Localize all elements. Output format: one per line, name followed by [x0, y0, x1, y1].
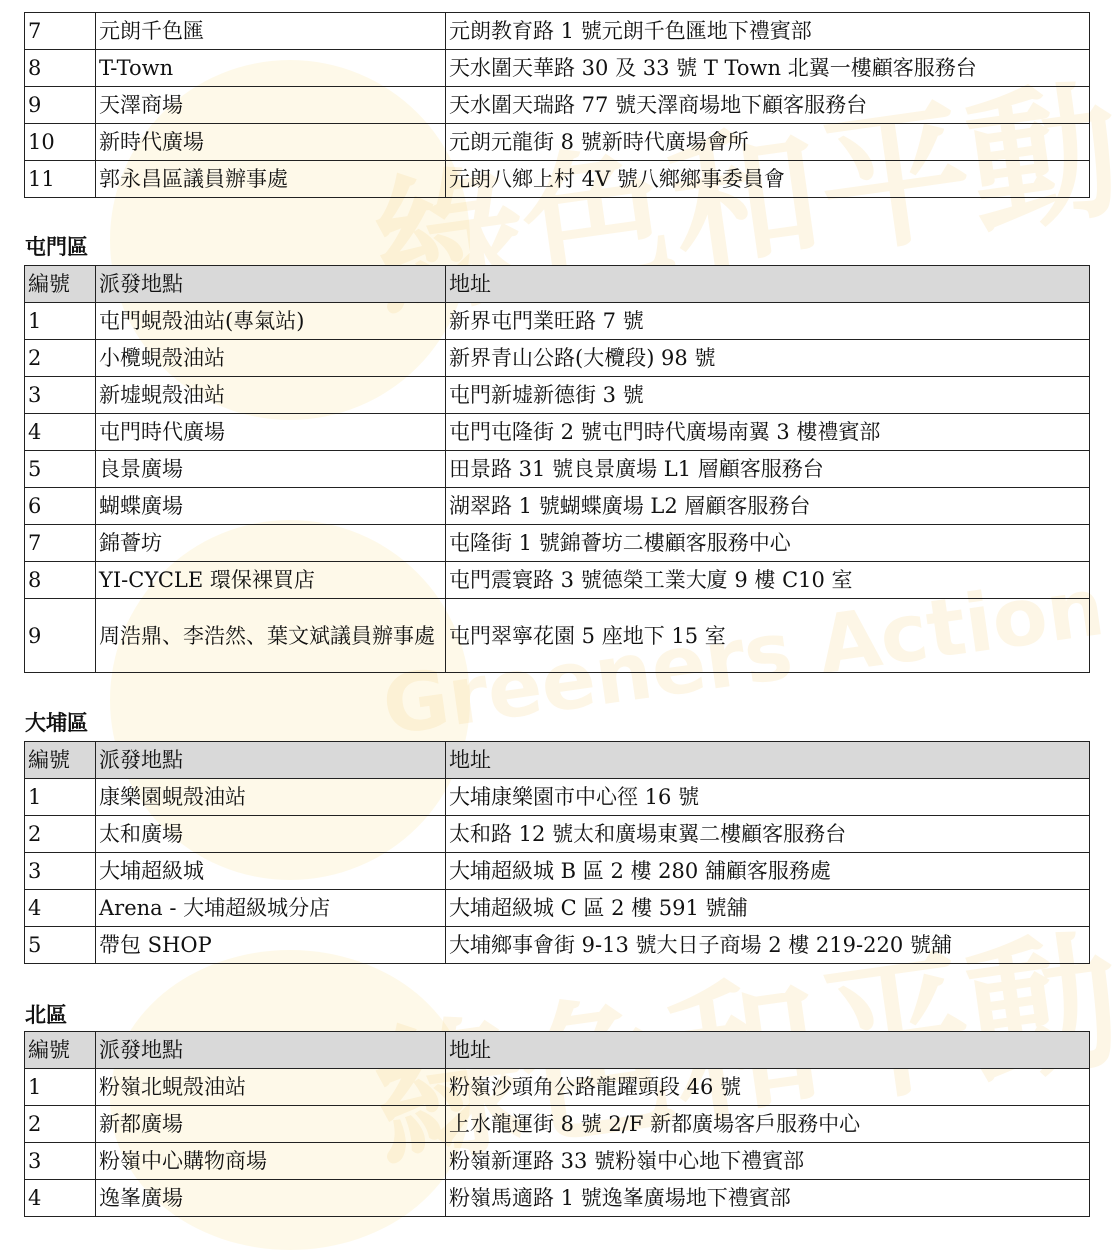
cell-address: 粉嶺沙頭角公路龍躍頭段 46 號: [446, 1069, 1090, 1106]
table-row: 2 小欖蜆殼油站 新界青山公路(大欖段) 98 號: [25, 340, 1090, 377]
header-address: 地址: [446, 266, 1090, 303]
cell-no: 8: [25, 50, 96, 87]
cell-location: 屯門時代廣場: [96, 414, 446, 451]
cell-address: 屯門屯隆街 2 號屯門時代廣場南翼 3 樓禮賓部: [446, 414, 1090, 451]
cell-no: 7: [25, 13, 96, 50]
tai-po-table: 編號 派發地點 地址 1 康樂園蜆殼油站 大埔康樂園市中心徑 16 號 2 太和…: [24, 741, 1090, 964]
cell-no: 4: [25, 414, 96, 451]
cell-no: 1: [25, 779, 96, 816]
cell-address: 元朗元龍街 8 號新時代廣場會所: [446, 124, 1090, 161]
table-row: 5 帶包 SHOP 大埔鄉事會街 9-13 號大日子商場 2 樓 219-220…: [25, 927, 1090, 964]
cell-address: 大埔超級城 B 區 2 樓 280 舖顧客服務處: [446, 853, 1090, 890]
cell-address: 屯隆街 1 號錦薈坊二樓顧客服務中心: [446, 525, 1090, 562]
table-row: 9 天澤商場 天水圍天瑞路 77 號天澤商場地下顧客服務台: [25, 87, 1090, 124]
cell-location: 大埔超級城: [96, 853, 446, 890]
header-no: 編號: [25, 1032, 96, 1069]
cell-location: T-Town: [96, 50, 446, 87]
table-row: 7 元朗千色匯 元朗教育路 1 號元朗千色匯地下禮賓部: [25, 13, 1090, 50]
cell-no: 4: [25, 1180, 96, 1217]
cell-address: 大埔鄉事會街 9-13 號大日子商場 2 樓 219-220 號舖: [446, 927, 1090, 964]
table-row: 3 新墟蜆殼油站 屯門新墟新德街 3 號: [25, 377, 1090, 414]
cell-no: 4: [25, 890, 96, 927]
cell-no: 2: [25, 340, 96, 377]
cell-no: 3: [25, 853, 96, 890]
cell-location: 新時代廣場: [96, 124, 446, 161]
cell-location: Arena - 大埔超級城分店: [96, 890, 446, 927]
cell-location: 錦薈坊: [96, 525, 446, 562]
table-row: 2 太和廣場 太和路 12 號太和廣場東翼二樓顧客服務台: [25, 816, 1090, 853]
cell-address: 元朗教育路 1 號元朗千色匯地下禮賓部: [446, 13, 1090, 50]
cell-location: 小欖蜆殼油站: [96, 340, 446, 377]
cell-location: 粉嶺北蜆殼油站: [96, 1069, 446, 1106]
cell-location: 逸峯廣場: [96, 1180, 446, 1217]
header-location: 派發地點: [96, 266, 446, 303]
cell-no: 6: [25, 488, 96, 525]
header-address: 地址: [446, 1032, 1090, 1069]
table-row: 8 T-Town 天水圍天華路 30 及 33 號 T Town 北翼一樓顧客服…: [25, 50, 1090, 87]
cell-no: 2: [25, 1106, 96, 1143]
cell-no: 5: [25, 927, 96, 964]
header-no: 編號: [25, 742, 96, 779]
cell-location: 新墟蜆殼油站: [96, 377, 446, 414]
cell-address: 屯門震寰路 3 號德榮工業大廈 9 樓 C10 室: [446, 562, 1090, 599]
cell-no: 3: [25, 377, 96, 414]
cell-address: 天水圍天華路 30 及 33 號 T Town 北翼一樓顧客服務台: [446, 50, 1090, 87]
cell-location: YI-CYCLE 環保裸買店: [96, 562, 446, 599]
cell-address: 天水圍天瑞路 77 號天澤商場地下顧客服務台: [446, 87, 1090, 124]
table-row: 4 Arena - 大埔超級城分店 大埔超級城 C 區 2 樓 591 號舖: [25, 890, 1090, 927]
cell-address: 田景路 31 號良景廣場 L1 層顧客服務台: [446, 451, 1090, 488]
cell-address: 新界屯門業旺路 7 號: [446, 303, 1090, 340]
table-header-row: 編號 派發地點 地址: [25, 1032, 1090, 1069]
cell-no: 9: [25, 87, 96, 124]
cell-no: 3: [25, 1143, 96, 1180]
table-row: 2 新都廣場 上水龍運街 8 號 2/F 新都廣場客戶服務中心: [25, 1106, 1090, 1143]
cell-location: 粉嶺中心購物商場: [96, 1143, 446, 1180]
table-row: 8 YI-CYCLE 環保裸買店 屯門震寰路 3 號德榮工業大廈 9 樓 C10…: [25, 562, 1090, 599]
cell-address: 上水龍運街 8 號 2/F 新都廣場客戶服務中心: [446, 1106, 1090, 1143]
cell-address: 屯門翠寧花園 5 座地下 15 室: [446, 599, 1090, 673]
cell-no: 10: [25, 124, 96, 161]
table-row: 1 康樂園蜆殼油站 大埔康樂園市中心徑 16 號: [25, 779, 1090, 816]
cell-location: 蝴蝶廣場: [96, 488, 446, 525]
cell-no: 2: [25, 816, 96, 853]
cell-location: 良景廣場: [96, 451, 446, 488]
header-location: 派發地點: [96, 1032, 446, 1069]
cell-location: 帶包 SHOP: [96, 927, 446, 964]
table-row: 1 屯門蜆殼油站(專氣站) 新界屯門業旺路 7 號: [25, 303, 1090, 340]
cell-location: 新都廣場: [96, 1106, 446, 1143]
cell-address: 湖翠路 1 號蝴蝶廣場 L2 層顧客服務台: [446, 488, 1090, 525]
cell-no: 8: [25, 562, 96, 599]
table-row: 9 周浩鼎、李浩然、葉文斌議員辦事處 屯門翠寧花園 5 座地下 15 室: [25, 599, 1090, 673]
district-heading-north: 北區: [25, 999, 67, 1029]
cell-location: 郭永昌區議員辦事處: [96, 161, 446, 198]
cell-location: 屯門蜆殼油站(專氣站): [96, 303, 446, 340]
cell-no: 9: [25, 599, 96, 673]
cell-no: 1: [25, 1069, 96, 1106]
table-header-row: 編號 派發地點 地址: [25, 266, 1090, 303]
header-no: 編號: [25, 266, 96, 303]
cell-address: 粉嶺馬適路 1 號逸峯廣場地下禮賓部: [446, 1180, 1090, 1217]
district-heading-tuen-mun: 屯門區: [25, 231, 88, 261]
cell-location: 元朗千色匯: [96, 13, 446, 50]
table-row: 10 新時代廣場 元朗元龍街 8 號新時代廣場會所: [25, 124, 1090, 161]
north-table: 編號 派發地點 地址 1 粉嶺北蜆殼油站 粉嶺沙頭角公路龍躍頭段 46 號 2 …: [24, 1031, 1090, 1217]
district-heading-tai-po: 大埔區: [25, 707, 88, 737]
table-row: 1 粉嶺北蜆殼油站 粉嶺沙頭角公路龍躍頭段 46 號: [25, 1069, 1090, 1106]
cell-no: 1: [25, 303, 96, 340]
cell-address: 大埔康樂園市中心徑 16 號: [446, 779, 1090, 816]
header-location: 派發地點: [96, 742, 446, 779]
cell-address: 粉嶺新運路 33 號粉嶺中心地下禮賓部: [446, 1143, 1090, 1180]
cell-location: 康樂園蜆殼油站: [96, 779, 446, 816]
table-row: 6 蝴蝶廣場 湖翠路 1 號蝴蝶廣場 L2 層顧客服務台: [25, 488, 1090, 525]
table-row: 11 郭永昌區議員辦事處 元朗八鄉上村 4V 號八鄉鄉事委員會: [25, 161, 1090, 198]
tuen-mun-table: 編號 派發地點 地址 1 屯門蜆殼油站(專氣站) 新界屯門業旺路 7 號 2 小…: [24, 265, 1090, 673]
table-row: 4 逸峯廣場 粉嶺馬適路 1 號逸峯廣場地下禮賓部: [25, 1180, 1090, 1217]
cell-address: 太和路 12 號太和廣場東翼二樓顧客服務台: [446, 816, 1090, 853]
header-address: 地址: [446, 742, 1090, 779]
table-row: 3 大埔超級城 大埔超級城 B 區 2 樓 280 舖顧客服務處: [25, 853, 1090, 890]
yuen-long-table: 7 元朗千色匯 元朗教育路 1 號元朗千色匯地下禮賓部 8 T-Town 天水圍…: [24, 12, 1090, 198]
table-row: 3 粉嶺中心購物商場 粉嶺新運路 33 號粉嶺中心地下禮賓部: [25, 1143, 1090, 1180]
table-row: 5 良景廣場 田景路 31 號良景廣場 L1 層顧客服務台: [25, 451, 1090, 488]
table-row: 7 錦薈坊 屯隆街 1 號錦薈坊二樓顧客服務中心: [25, 525, 1090, 562]
cell-address: 大埔超級城 C 區 2 樓 591 號舖: [446, 890, 1090, 927]
cell-no: 11: [25, 161, 96, 198]
cell-address: 新界青山公路(大欖段) 98 號: [446, 340, 1090, 377]
cell-location: 太和廣場: [96, 816, 446, 853]
table-row: 4 屯門時代廣場 屯門屯隆街 2 號屯門時代廣場南翼 3 樓禮賓部: [25, 414, 1090, 451]
cell-location: 天澤商場: [96, 87, 446, 124]
cell-address: 屯門新墟新德街 3 號: [446, 377, 1090, 414]
cell-address: 元朗八鄉上村 4V 號八鄉鄉事委員會: [446, 161, 1090, 198]
cell-no: 5: [25, 451, 96, 488]
cell-no: 7: [25, 525, 96, 562]
table-header-row: 編號 派發地點 地址: [25, 742, 1090, 779]
cell-location: 周浩鼎、李浩然、葉文斌議員辦事處: [96, 599, 446, 673]
